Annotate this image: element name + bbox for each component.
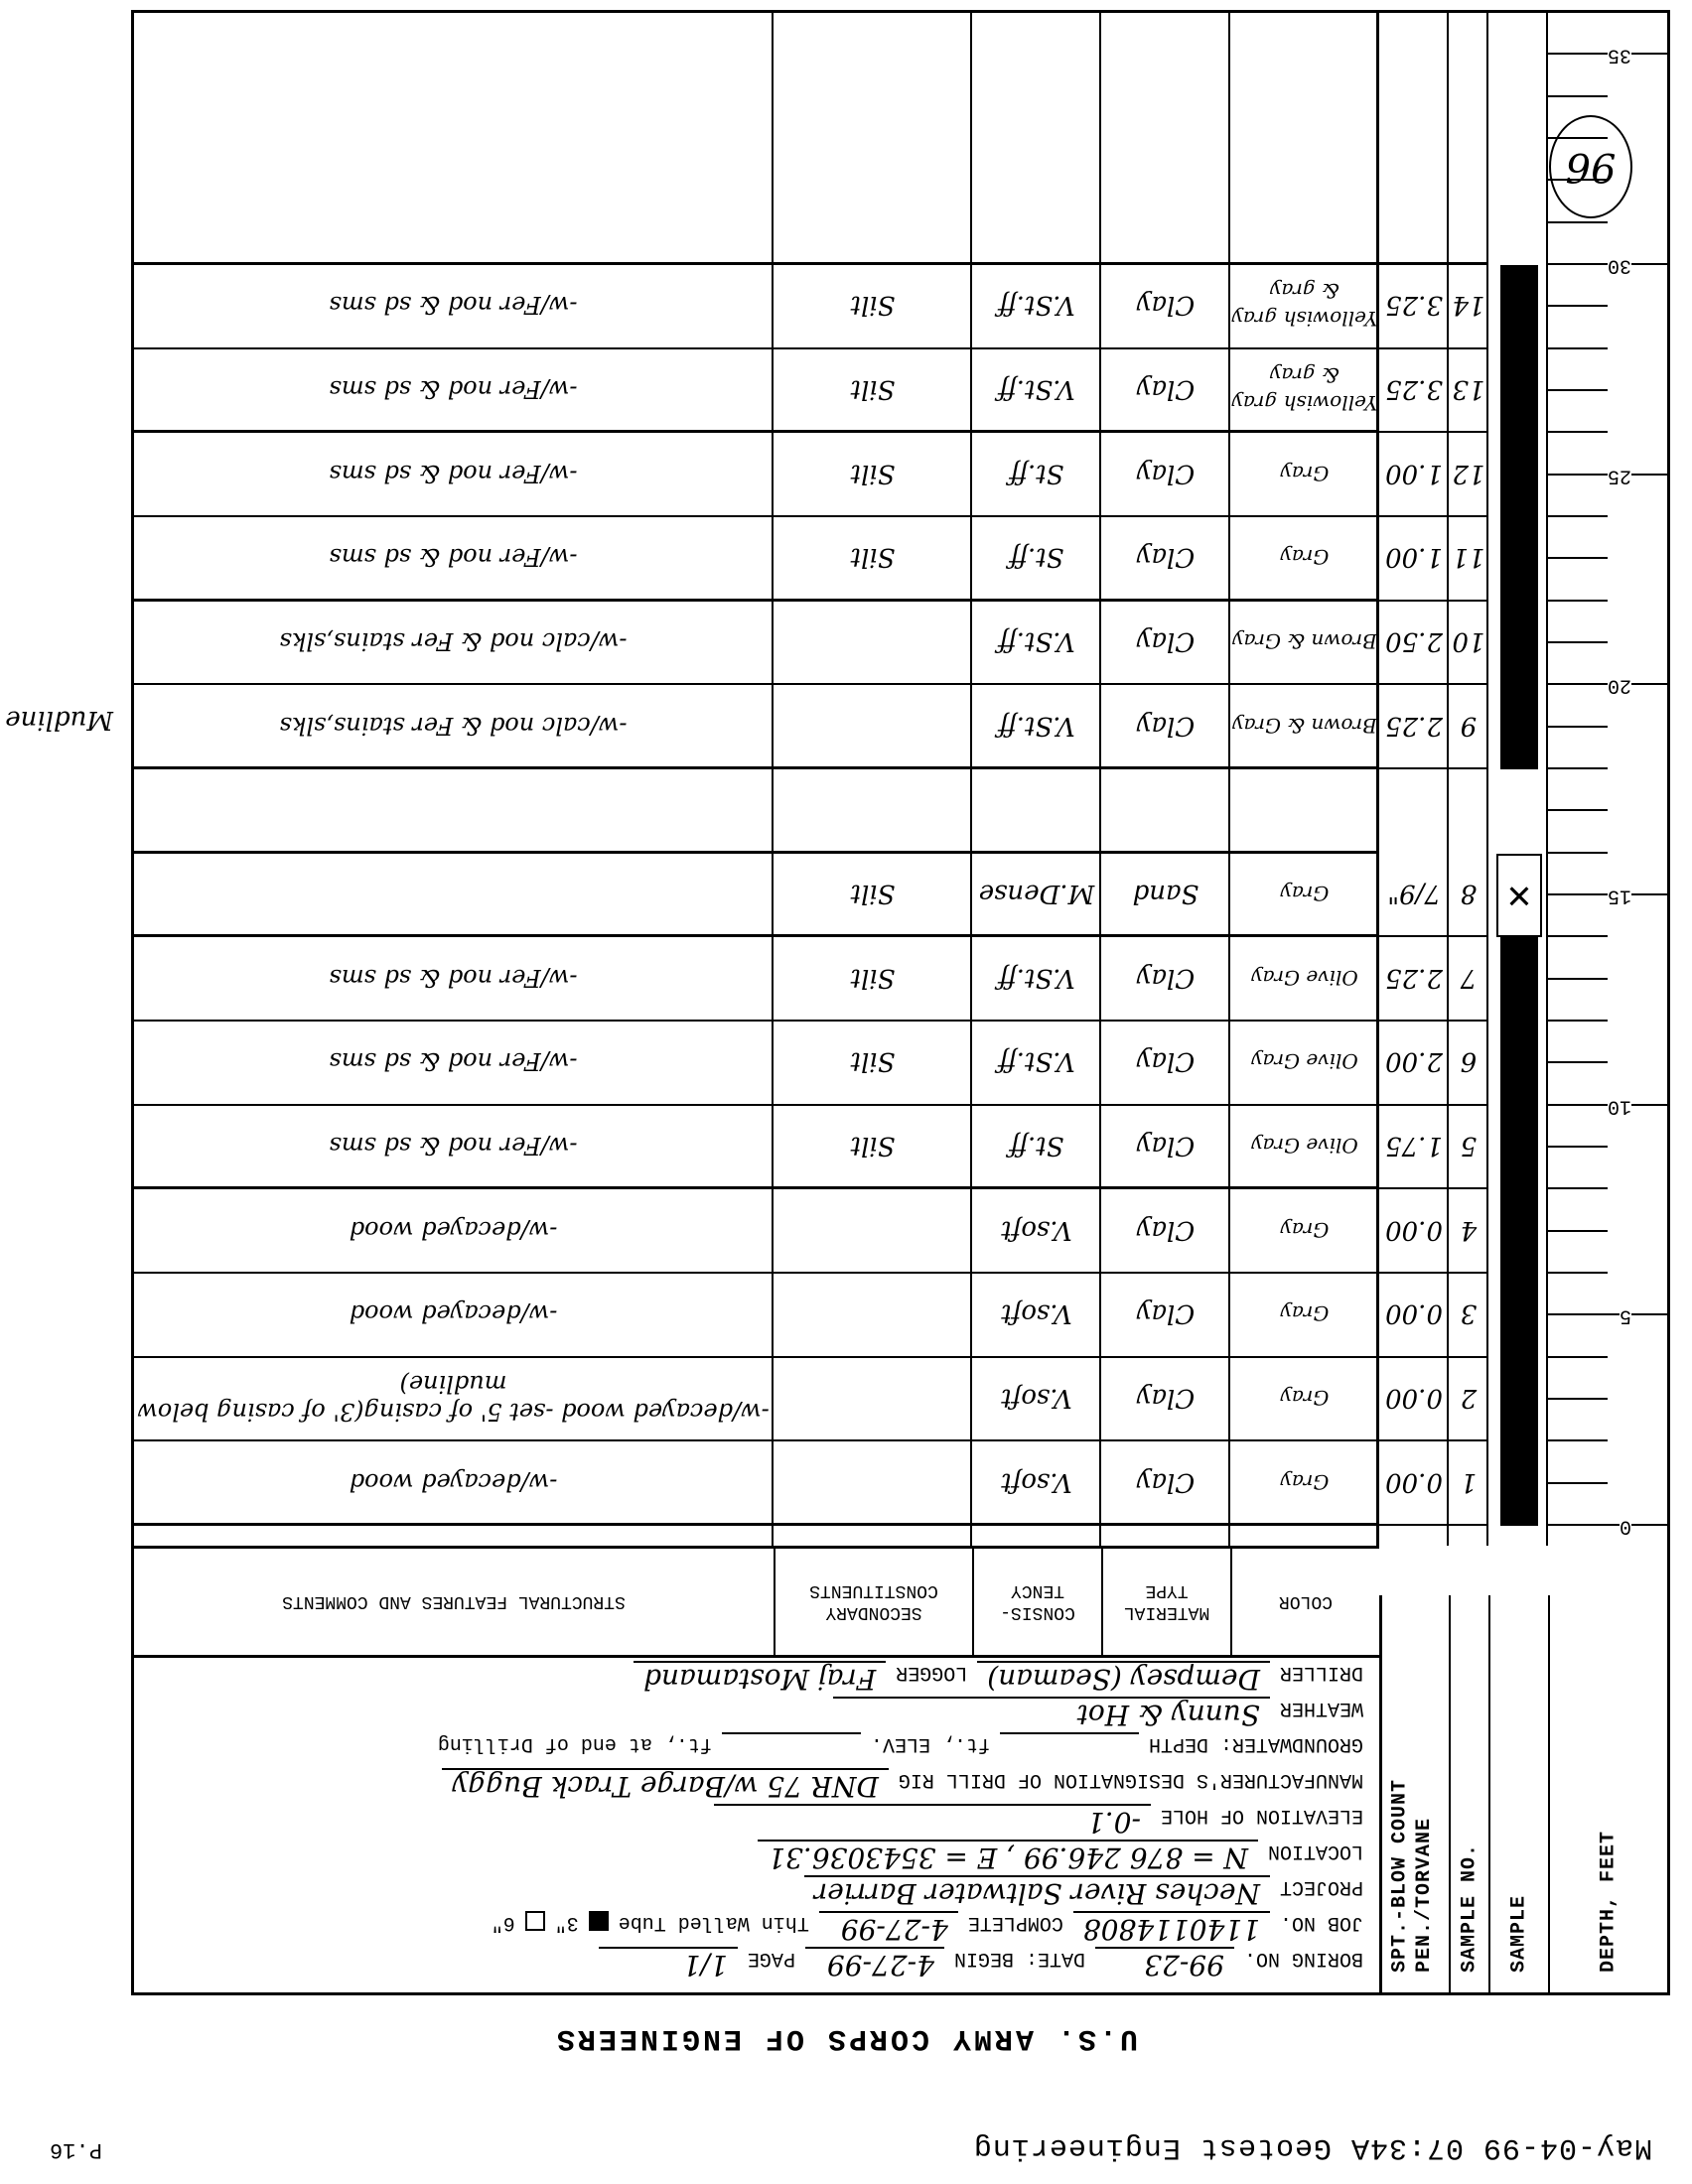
color-cell: Brown & Gray [1230,683,1379,767]
sample-no-cell: 4 [1449,1187,1488,1272]
sampler-3in-checkbox[interactable] [589,1911,609,1931]
depth-tick [1548,389,1608,391]
pen-value-cell: 1.75 [1379,1104,1449,1188]
tube-sample-fill [1500,1274,1538,1358]
color-cell: Gray [1230,1356,1379,1440]
secondary-cell: Silt [774,431,972,515]
color-cell: Olive Gray [1230,1020,1379,1104]
sample-row: 10.00GrayClayV.soft-w/decayed wood [134,1439,1488,1526]
consistency-cell: V.soft [972,1272,1101,1356]
depth-tick [1548,767,1608,769]
sample-no-cell: 5 [1449,1104,1488,1188]
depth-tick [1548,1272,1608,1274]
sample-no-cell: 1 [1449,1439,1488,1524]
pen-value-cell: 2.25 [1379,935,1449,1020]
stratum-boundary [134,430,1379,433]
sample-row: 20.00GrayClayV.soft-w/decayed wood -set … [134,1356,1488,1442]
color-cell: Brown & Gray [1230,600,1379,684]
material-cell: Clay [1101,1104,1230,1188]
elevation-row: ELEVATION OF HOLE -0.1 [150,1804,1363,1840]
secondary-cell [774,1439,972,1524]
color-cell: Olive Gray [1230,935,1379,1020]
secondary-cell [774,1187,972,1272]
secondary-cell: Silt [774,515,972,600]
secondary-cell [774,1356,972,1440]
weather-row: WEATHER Sunny & Hot [150,1697,1363,1732]
consistency-cell: St.ff [972,515,1101,600]
consistency-cell: M.Dense [972,852,1101,936]
sample-row: 62.00Olive GrayClayV.St.ffSilt-w/Fer nod… [134,1020,1488,1106]
stratum-boundary [134,1186,1379,1189]
driller-field[interactable]: Dempsey (Seaman) [977,1661,1270,1696]
material-cell: Sand [1101,852,1230,936]
depth-label: 5 [1620,1304,1631,1327]
col-header-consistency: CONSIS- TENCY [972,1549,1101,1655]
pen-value-cell: 2.50 [1379,600,1449,684]
consistency-cell: V.St.ff [972,1020,1101,1104]
organization-title: U.S. ARMY CORPS OF ENGINEERS [0,2021,1692,2055]
depth-tick [1548,515,1608,517]
sample-no-cell: 9 [1449,683,1488,767]
tube-sample-fill [1500,1022,1538,1106]
depth-tick [1548,1439,1608,1441]
sample-no-cell: 8 [1449,852,1488,936]
project-row: PROJECT Neches River Saltwater Barrier [150,1875,1363,1911]
page-field[interactable]: 1/1 [599,1947,738,1981]
comments-cell: -w/decayed wood [133,1272,774,1356]
stratum-boundary [134,262,1488,265]
sample-no-cell: 11 [1449,515,1488,600]
stratum-boundary [134,599,1379,602]
depth-tick [1548,95,1608,97]
consistency-cell: V.St.ff [972,683,1101,767]
depth-tick [1548,1313,1667,1315]
comments-cell: -w/decayed wood -set 5' of casing(3' of … [133,1356,774,1440]
material-cell: Clay [1101,515,1230,600]
color-cell: Gray [1230,1187,1379,1272]
consistency-cell: V.soft [972,1439,1101,1524]
depth-tick [1548,1146,1608,1148]
fax-page-number: P.16 [50,2137,102,2162]
secondary-cell [774,683,972,767]
depth-label: 10 [1608,1094,1631,1117]
color-cell: Gray [1230,431,1379,515]
stratum-boundary [134,851,1379,854]
sample-no-cell: 2 [1449,1356,1488,1440]
pen-value-cell: 1.00 [1379,515,1449,600]
sample-row: 111.00GrayClaySt.ffSilt-w/Fer nod & sd s… [134,515,1488,602]
comments-cell: -w/decayed wood [133,1439,774,1524]
stratum-boundary [134,766,1379,769]
comments-cell: -w/calc nod & Fer stains,slks [133,600,774,684]
tube-sample-fill [1500,685,1538,769]
sampler-6in-checkbox[interactable] [525,1911,545,1931]
spt-sample-icon: ✕ [1496,854,1542,938]
color-cell: Gray [1230,1272,1379,1356]
groundwater-elev-field[interactable] [722,1732,861,1734]
consistency-cell: V.St.ff [972,263,1101,347]
sample-row: 143.25Yellowish gray & grayClayV.St.ffSi… [134,263,1488,349]
boring-log-sheet: May-04-99 07:34A Geotest Engineering P.1… [0,0,1692,2184]
depth-tick [1548,809,1608,811]
color-cell: Gray [1230,852,1379,936]
depth-tick [1548,1230,1608,1232]
comments-cell: -w/Fer nod & sd sms [133,263,774,347]
date-complete-field[interactable]: 4-27-99 [819,1911,958,1946]
sample-no-cell: 6 [1449,1020,1488,1104]
depth-tick [1548,431,1608,433]
location-row: LOCATION N = 876 246.99 , E = 3543036.31 [150,1840,1363,1875]
rig-row: MANUFACTURER'S DESIGNATION OF DRILL RIG … [150,1768,1363,1804]
driller-row: DRILLER Dempsey (Seaman) LOGGER Fraj Mos… [150,1661,1363,1697]
secondary-cell: Silt [774,347,972,432]
stratum-boundary [134,1523,1379,1526]
groundwater-row: GROUNDWATER: DEPTH ft., ELEV. ft., at en… [150,1732,1363,1768]
color-cell: Yellowish gray & gray [1230,347,1379,432]
sample-column: ✕ [1486,13,1548,1546]
comments-cell: -w/Fer nod & sd sms [133,347,774,432]
material-cell: Clay [1101,263,1230,347]
depth-label: 25 [1608,464,1631,486]
sample-no-cell: 3 [1449,1272,1488,1356]
material-cell: Clay [1101,935,1230,1020]
depth-tick [1548,1061,1608,1063]
tube-sample-fill [1500,1106,1538,1190]
weather-field[interactable]: Sunny & Hot [833,1697,1270,1731]
tube-sample-fill [1500,1441,1538,1526]
tube-sample-fill [1500,1189,1538,1274]
depth-tick [1548,1398,1608,1400]
depth-label: 35 [1608,44,1631,67]
comments-cell: -w/Fer nod & sd sms [133,1104,774,1188]
tube-sample-fill [1500,265,1538,349]
sample-row: 102.50Brown & GrayClayV.St.ff-w/calc nod… [134,600,1488,686]
log-frame: DEPTH, FEET SAMPLE SAMPLE NO. PEN./TORVA… [131,10,1670,1995]
pen-value-cell: 7/9" [1379,852,1449,936]
material-cell: Clay [1101,1356,1230,1440]
depth-tick [1548,1356,1608,1358]
tube-sample-fill [1500,937,1538,1022]
pen-value-cell: 2.00 [1379,1020,1449,1104]
col-header-material: MATERIAL TYPE [1101,1549,1230,1655]
depth-axis: 05101520253035 [1546,13,1667,1546]
depth-tick [1548,600,1608,602]
pen-value-cell: 3.25 [1379,263,1449,347]
tube-sample-fill [1500,349,1538,434]
material-cell: Clay [1101,1187,1230,1272]
comments-cell [133,852,774,936]
sample-row: 92.25Brown & GrayClayV.St.ff-w/calc nod … [134,683,1488,769]
boring-row: BORING NO. 99-23 DATE: BEGIN 4-27-99 PAG… [150,1947,1363,1982]
sample-no-cell: 7 [1449,935,1488,1020]
sample-no-cell: 14 [1449,263,1488,347]
groundwater-depth-field[interactable] [1000,1732,1139,1734]
header-depth: DEPTH, FEET [1548,1595,1667,1992]
column-headers: COLOR MATERIAL TYPE CONSIS- TENCY SECOND… [134,1546,1379,1655]
material-cell: Clay [1101,347,1230,432]
pen-value-cell: 3.25 [1379,347,1449,432]
consistency-cell: V.soft [972,1356,1101,1440]
header-sample: SAMPLE [1488,1595,1548,1992]
col-header-secondary: SECONDARY CONSTITUENTS [774,1549,972,1655]
consistency-cell: St.ff [972,431,1101,515]
pen-value-cell: 0.00 [1379,1356,1449,1440]
consistency-cell: V.St.ff [972,935,1101,1020]
material-cell: Clay [1101,1272,1230,1356]
left-header-columns: DEPTH, FEET SAMPLE SAMPLE NO. PEN./TORVA… [1379,1595,1667,1992]
secondary-cell: Silt [774,935,972,1020]
depth-label: 0 [1620,1515,1631,1538]
sample-no-cell: 13 [1449,347,1488,432]
page-mark: 96 [1549,115,1632,218]
sample-row: 133.25Yellowish gray & grayClayV.St.ffSi… [134,347,1488,434]
pen-value-cell: 0.00 [1379,1272,1449,1356]
comments-cell: -w/decayed wood [133,1187,774,1272]
pen-value-cell: 0.00 [1379,1439,1449,1524]
tube-sample-fill [1500,517,1538,602]
fax-header: May-04-99 07:34A Geotest Engineering [973,2130,1652,2164]
depth-tick [1548,347,1608,349]
header-pen-spt: PEN./TORVANE SPT.-BLOW COUNT [1379,1595,1449,1992]
depth-tick [1548,978,1608,980]
material-cell: Clay [1101,1439,1230,1524]
secondary-cell: Silt [774,1020,972,1104]
consistency-cell: V.soft [972,1187,1101,1272]
sample-row: 121.00GrayClaySt.ffSilt-w/Fer nod & sd s… [134,431,1488,517]
comments-cell: -w/calc nod & Fer stains,slks [133,683,774,767]
consistency-cell: St.ff [972,1104,1101,1188]
col-header-structural: STRUCTURAL FEATURES AND COMMENTS [134,1549,774,1655]
project-field[interactable]: Neches River Saltwater Barrier [804,1875,1270,1910]
depth-tick [1548,1482,1608,1484]
depth-tick [1548,852,1608,854]
depth-label: 30 [1608,254,1631,277]
col-header-color: COLOR [1230,1549,1379,1655]
depth-tick [1548,641,1608,643]
color-cell: Yellowish gray & gray [1230,263,1379,347]
boring-no-field[interactable]: 99-23 [1095,1947,1234,1981]
color-cell: Olive Gray [1230,1104,1379,1188]
boring-info: BORING NO. 99-23 DATE: BEGIN 4-27-99 PAG… [134,1655,1379,1992]
material-cell: Clay [1101,1020,1230,1104]
material-cell: Clay [1101,431,1230,515]
secondary-cell: Silt [774,1104,972,1188]
secondary-cell [774,600,972,684]
comments-cell: -w/Fer nod & sd sms [133,935,774,1020]
material-cell: Clay [1101,600,1230,684]
sample-no-cell: 10 [1449,600,1488,684]
rig-field[interactable]: DNR 75 w/Barge Track Buggy [442,1768,889,1803]
material-cell: Clay [1101,683,1230,767]
sample-row: 51.75Olive GrayClaySt.ffSilt-w/Fer nod &… [134,1104,1488,1190]
date-begin-field[interactable]: 4-27-99 [805,1947,944,1981]
depth-label: 15 [1608,885,1631,907]
sample-row: 72.25Olive GrayClayV.St.ffSilt-w/Fer nod… [134,935,1488,1022]
comments-cell: -w/Fer nod & sd sms [133,1020,774,1104]
comments-cell: -w/Fer nod & sd sms [133,515,774,600]
depth-tick [1548,557,1608,559]
location-field[interactable]: N = 876 246.99 , E = 3543036.31 [758,1840,1258,1874]
sample-row: 30.00GrayClayV.soft-w/decayed wood [134,1272,1488,1358]
consistency-cell: V.St.ff [972,347,1101,432]
secondary-cell: Silt [774,263,972,347]
logger-field[interactable]: Fraj Mostamand [634,1661,886,1696]
mudline-note: Mudline [5,705,113,735]
elevation-field[interactable]: -0.1 [714,1804,1151,1839]
tube-sample-fill [1500,433,1538,517]
depth-tick [1548,1020,1608,1022]
sample-row: 40.00GrayClayV.soft-w/decayed wood [134,1187,1488,1274]
depth-tick [1548,221,1608,223]
sampler-type: Thin Walled Tube [619,1911,809,1934]
color-cell: Gray [1230,515,1379,600]
pen-value-cell: 0.00 [1379,1187,1449,1272]
log-body: 05101520253035 ✕ 10.00GrayClayV.soft-w/d… [134,13,1667,1546]
color-cell: Gray [1230,1439,1379,1524]
depth-tick [1548,1524,1667,1526]
pen-value-cell: 2.25 [1379,683,1449,767]
tube-sample-fill [1500,1358,1538,1442]
secondary-cell: Silt [774,852,972,936]
depth-tick [1548,1187,1608,1189]
job-no-field[interactable]: 1140114808 [1073,1911,1270,1946]
header-sample-no: SAMPLE NO. [1449,1595,1488,1992]
consistency-cell: V.St.ff [972,600,1101,684]
comments-cell: -w/Fer nod & sd sms [133,431,774,515]
depth-tick [1548,935,1608,937]
depth-tick [1548,726,1608,728]
tube-sample-fill [1500,602,1538,686]
job-row: JOB NO. 1140114808 COMPLETE 4-27-99 Thin… [150,1911,1363,1947]
sample-row: 87/9"GraySandM.DenseSilt [134,852,1488,938]
pen-value-cell: 1.00 [1379,431,1449,515]
stratum-boundary [134,934,1379,937]
depth-label: 20 [1608,674,1631,697]
secondary-cell [774,1272,972,1356]
depth-tick [1548,305,1608,307]
sample-no-cell: 12 [1449,431,1488,515]
